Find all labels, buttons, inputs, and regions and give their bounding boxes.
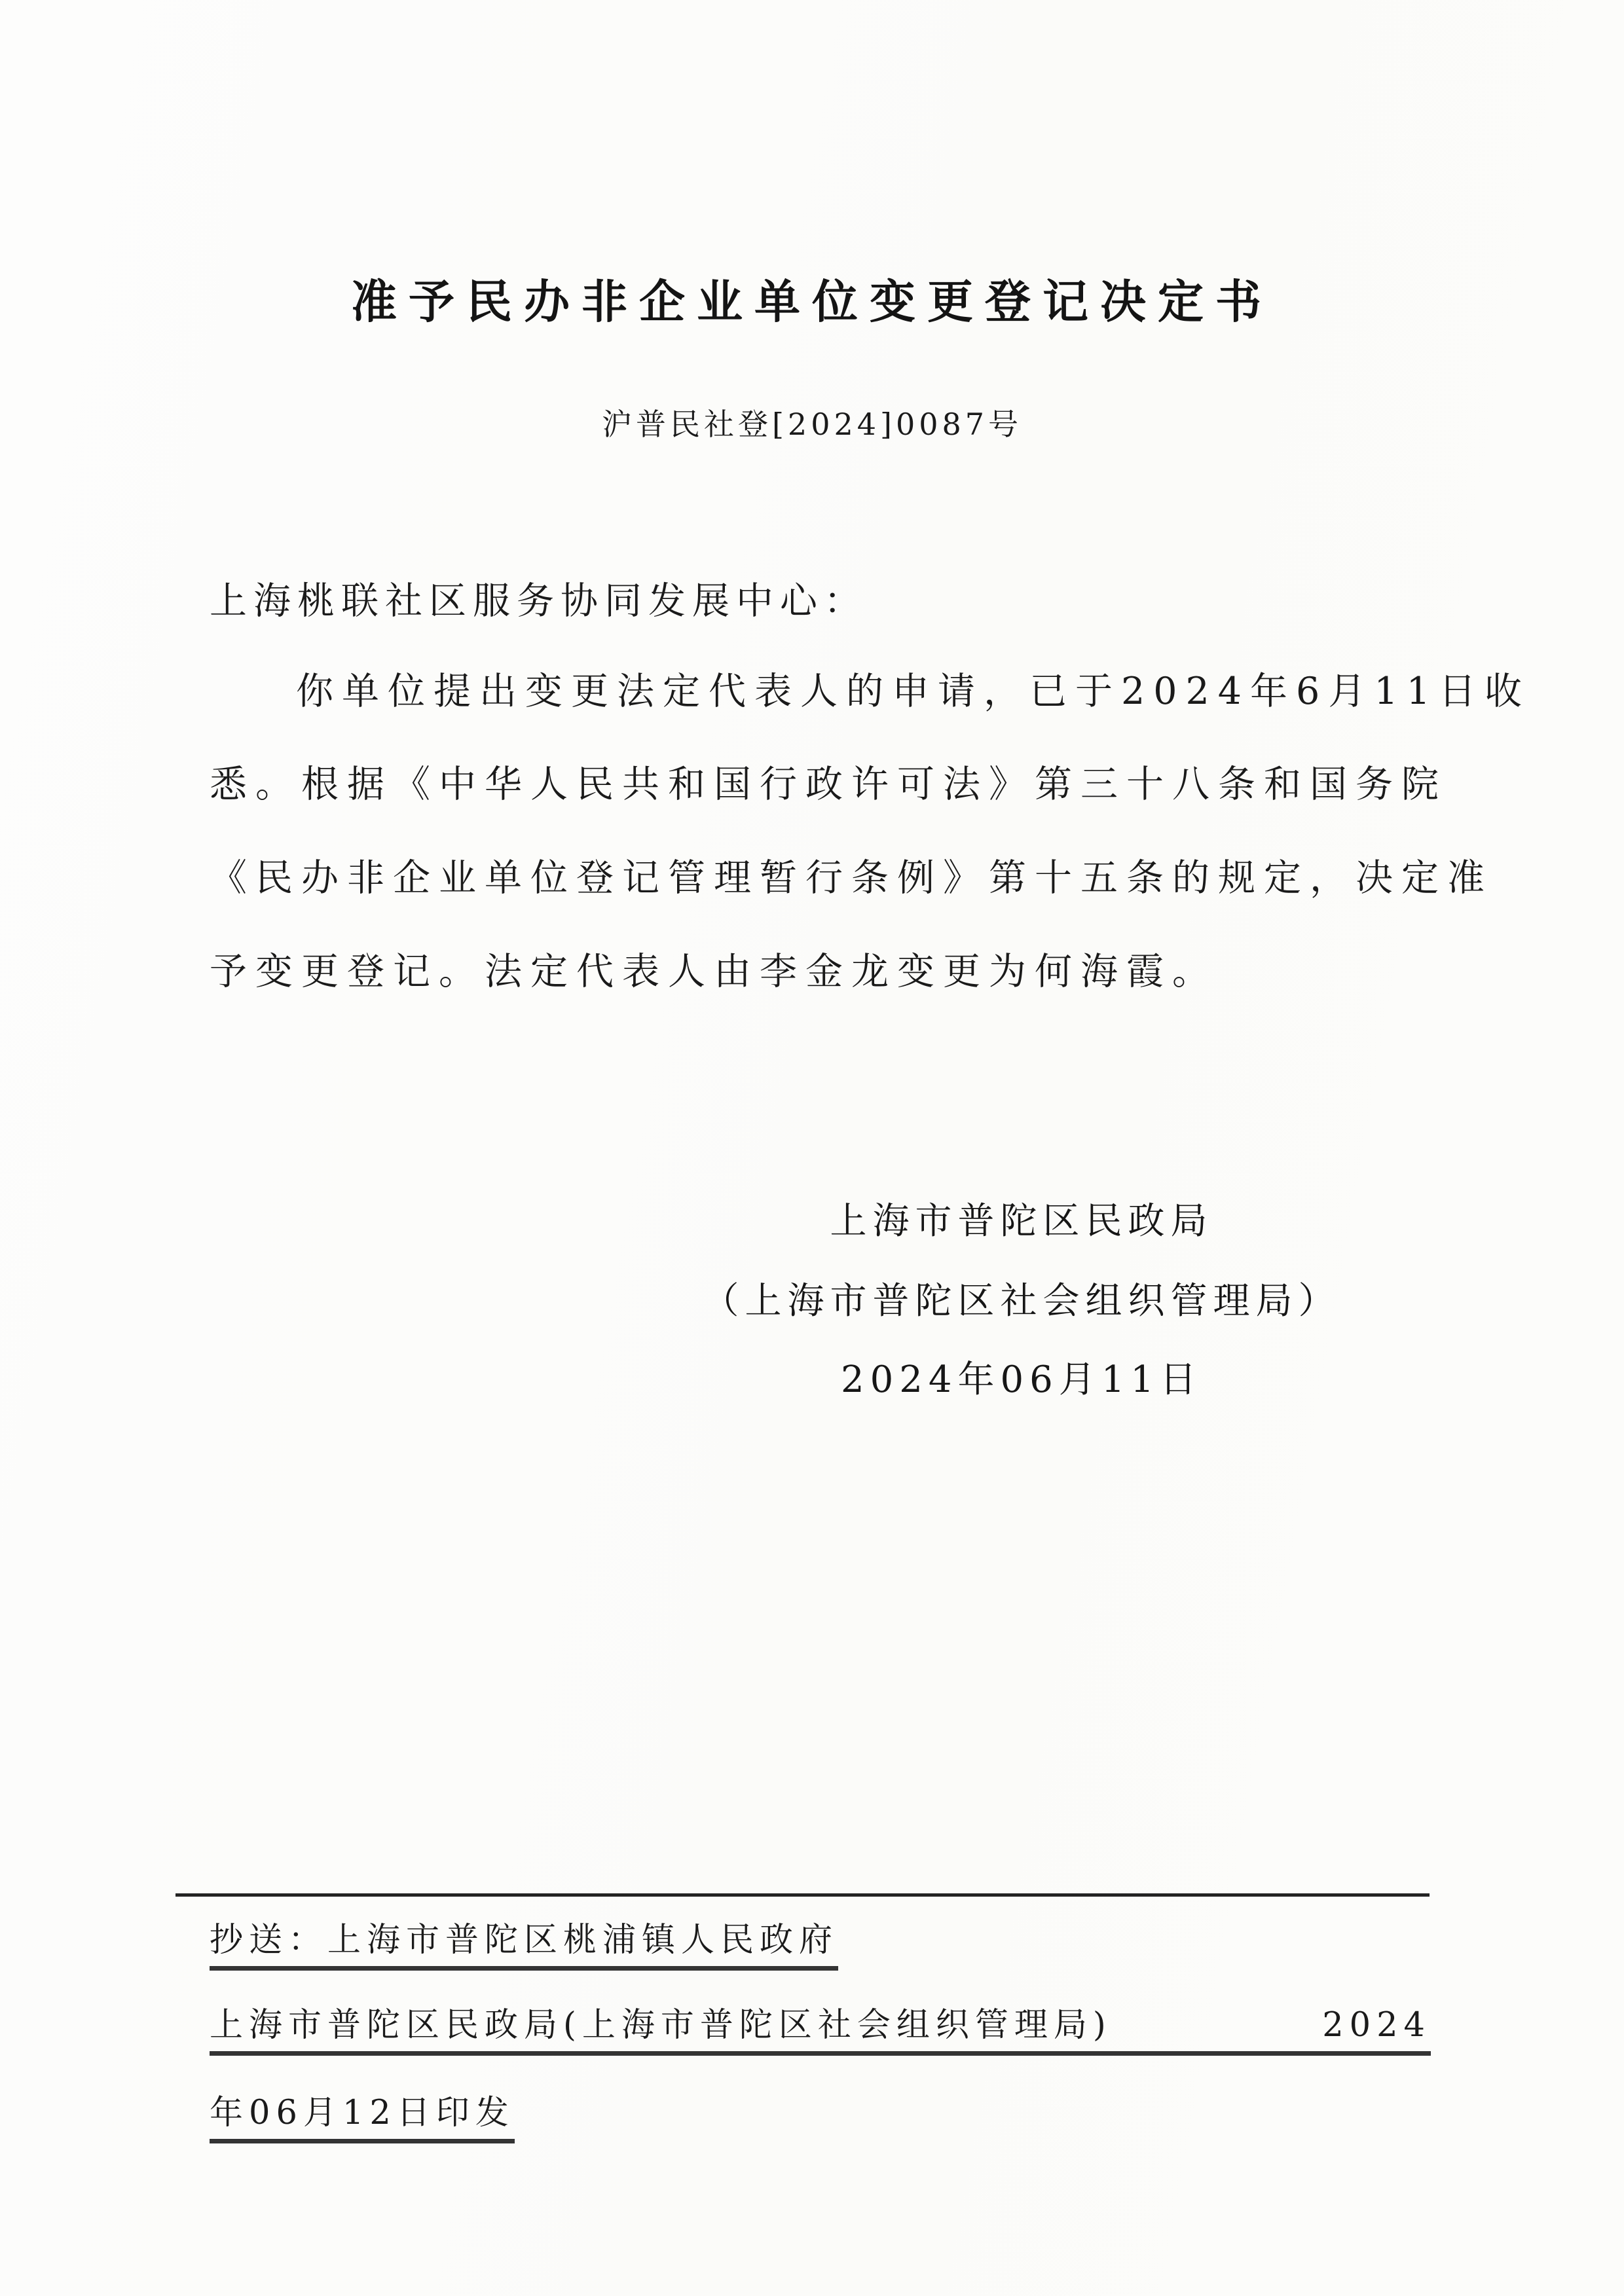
body-paragraph-line-2: 悉。根据《中华人民共和国行政许可法》第三十八条和国务院 [210, 754, 1447, 808]
signature-organization-alias: （上海市普陀区社会组织管理局） [419, 1283, 1624, 1320]
signature-block: 上海市普陀区民政局 （上海市普陀区社会组织管理局） 2024年06月11日 [419, 1203, 1624, 1398]
footer-divider-rule [175, 1893, 1430, 1897]
signature-date: 2024年06月11日 [419, 1362, 1624, 1398]
document-page: 准予民办非企业单位变更登记决定书 沪普民社登[2024]0087号 上海桃联社区… [0, 0, 1624, 2296]
footer-issuer-text: 上海市普陀区民政局(上海市普陀区社会组织管理局) [210, 2009, 1112, 2042]
document-number: 沪普民社登[2024]0087号 [0, 401, 1624, 444]
footer-cc-line: 抄送：上海市普陀区桃浦镇人民政府 [210, 1923, 838, 1971]
body-paragraph-line-4: 予变更登记。法定代表人由李金龙变更为何海霞。 [210, 941, 1218, 995]
footer-issue-date-line: 年06月12日印发 [210, 2096, 515, 2143]
addressee-line: 上海桃联社区服务协同发展中心： [210, 571, 868, 625]
body-paragraph-line-1: 你单位提出变更法定代表人的申请，已于2024年6月11日收 [296, 661, 1530, 715]
body-paragraph-line-3: 《民办非企业单位登记管理暂行条例》第十五条的规定，决定准 [210, 848, 1493, 902]
footer-issuer-line: 上海市普陀区民政局(上海市普陀区社会组织管理局) 2024 [210, 2009, 1431, 2056]
signature-organization: 上海市普陀区民政局 [419, 1203, 1624, 1240]
document-title: 准予民办非企业单位变更登记决定书 [0, 276, 1624, 327]
footer-issue-year: 2024 [1322, 2009, 1431, 2042]
